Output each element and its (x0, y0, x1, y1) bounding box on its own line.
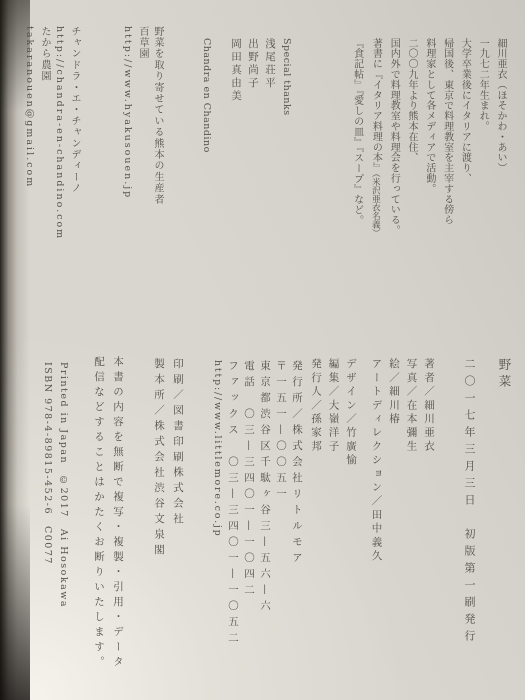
special-thanks-heading: Special thanks (278, 38, 295, 338)
thanks-name: 岡田真由美 (227, 38, 244, 338)
isbn-line: ISBN 978-4-89815-452-6 C0077 (39, 362, 55, 692)
producer-url: http://chandra-en-chandino.com (52, 26, 67, 346)
bindery-line: 製本所／株式会社渋谷文泉閣 (149, 358, 168, 688)
book-colophon-page: 細川亜衣（ほそかわ・あい） 一九七二年生まれ。 大学卒業後にイタリアに渡り、 帰… (0, 0, 525, 700)
copyright-notice: 本書の内容を無断で複写・複製・引用・データ 配信などすることはかたくお断りいたし… (89, 356, 127, 692)
bio-line: 料理家として各メディアで活動。 (420, 38, 438, 338)
book-title: 野菜 (495, 358, 513, 688)
thanks-name-latin: Chandra en Chandino (198, 38, 215, 338)
publisher-postal-code: 〒一五一—〇〇五一 (273, 360, 289, 690)
bio-line: 帰国後、東京で料理教室を主宰する傍ら (438, 38, 456, 338)
bio-line: 国内外で料理教室や料理会を行っている。 (384, 38, 402, 338)
notice-line: 配信などすることはかたくお断りいたします。 (89, 356, 108, 692)
publisher-name: 発行所／株式会社リトルモア (289, 360, 305, 690)
credit-art-direction: アートディレクション／田中義久 (367, 358, 385, 688)
bio-line: 一九七二年生まれ。 (473, 38, 491, 338)
credit-photo: 写真／在本彌生 (402, 358, 420, 688)
special-thanks: Special thanks 浅尾荘平 出野尚子 岡田真由美 Chandra e… (198, 38, 295, 338)
printing-info: 印刷／図書印刷株式会社 製本所／株式会社渋谷文泉閣 (149, 358, 187, 688)
thanks-name: 出野尚子 (244, 38, 261, 338)
credit-author: 著者／細川亜衣 (420, 358, 438, 688)
credit-illustration: 絵／細川椿 (385, 358, 403, 688)
producers-list: 野菜を取り寄せている熊本の生産者 百草園 http://www.hyakusou… (22, 26, 165, 346)
thanks-name: 浅尾荘平 (261, 38, 278, 338)
producer-email: takaranouen@gmail.com (22, 26, 37, 346)
publisher-info: 発行所／株式会社リトルモア 〒一五一—〇〇五一 東京都渋谷区千駄ヶ谷三—五六—六… (209, 360, 305, 690)
edition-date: 二〇一七年三月三日 初版第一刷発行 (460, 358, 478, 688)
publisher-fax: ファックス 〇三—三四〇一—一〇五二 (225, 360, 241, 690)
bio-books-note: （米沢亜衣名義） (370, 173, 380, 237)
bio-line: 二〇〇九年より熊本在住、 (402, 38, 420, 338)
bio-books-line: 著書に『イタリア料理の本』（米沢亜衣名義） (366, 38, 385, 338)
bio-books-main: 著書に『イタリア料理の本』 (370, 38, 381, 173)
author-bio: 細川亜衣（ほそかわ・あい） 一九七二年生まれ。 大学卒業後にイタリアに渡り、 帰… (348, 38, 509, 338)
publisher-address: 東京都渋谷区千駄ヶ谷三—五六—六 (257, 360, 273, 690)
producer-name: チャンドラ・エ・チャンディーノ (67, 26, 82, 346)
producer-name: 百草園 (135, 26, 150, 346)
publisher-tel: 電話 〇三—三四〇一—一〇四二 (241, 360, 257, 690)
publisher-url: http://www.littlemore.co.jp (209, 360, 225, 690)
author-name-line: 細川亜衣（ほそかわ・あい） (491, 38, 509, 338)
credit-editing: 編集／大嶺洋子 (324, 358, 342, 688)
producer-name: たから農園 (37, 26, 52, 346)
credits: 著者／細川亜衣 写真／在本彌生 絵／細川椿 アートディレクション／田中義久 デザ… (307, 358, 438, 688)
credit-publisher-person: 発行人／孫家邦 (307, 358, 325, 688)
producer-url: http://www.hyakusouen.jp (120, 26, 135, 346)
credit-design: デザイン／竹廣愉 (342, 358, 360, 688)
bio-line: 大学卒業後にイタリアに渡り、 (456, 38, 474, 338)
legal-info: Printed in Japan ©2017 Ai Hosokawa ISBN … (39, 362, 71, 692)
notice-line: 本書の内容を無断で複写・複製・引用・データ (108, 356, 127, 692)
title-edition: 野菜 二〇一七年三月三日 初版第一刷発行 (460, 358, 513, 688)
printer-line: 印刷／図書印刷株式会社 (168, 358, 187, 688)
bio-books-more: 『食記帖』『愛しの皿』『スープ』など。 (348, 38, 366, 338)
printed-in-japan-line: Printed in Japan ©2017 Ai Hosokawa (55, 362, 71, 692)
producers-heading: 野菜を取り寄せている熊本の生産者 (150, 26, 165, 346)
